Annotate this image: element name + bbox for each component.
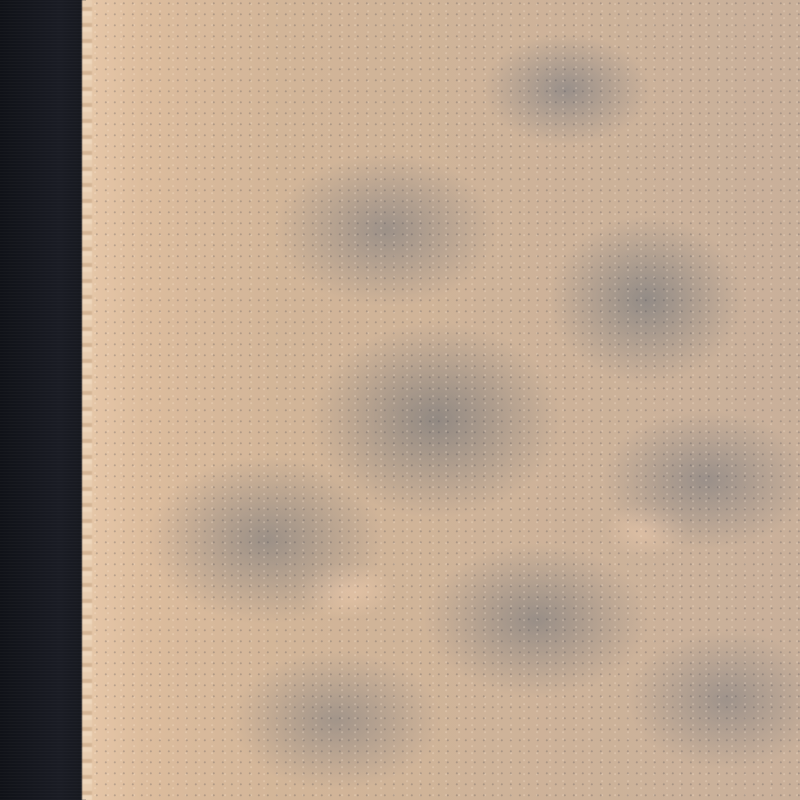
photo-scene — [0, 0, 800, 800]
paper-fiber-speckle — [86, 0, 800, 800]
deckled-paper-edge — [82, 0, 92, 800]
